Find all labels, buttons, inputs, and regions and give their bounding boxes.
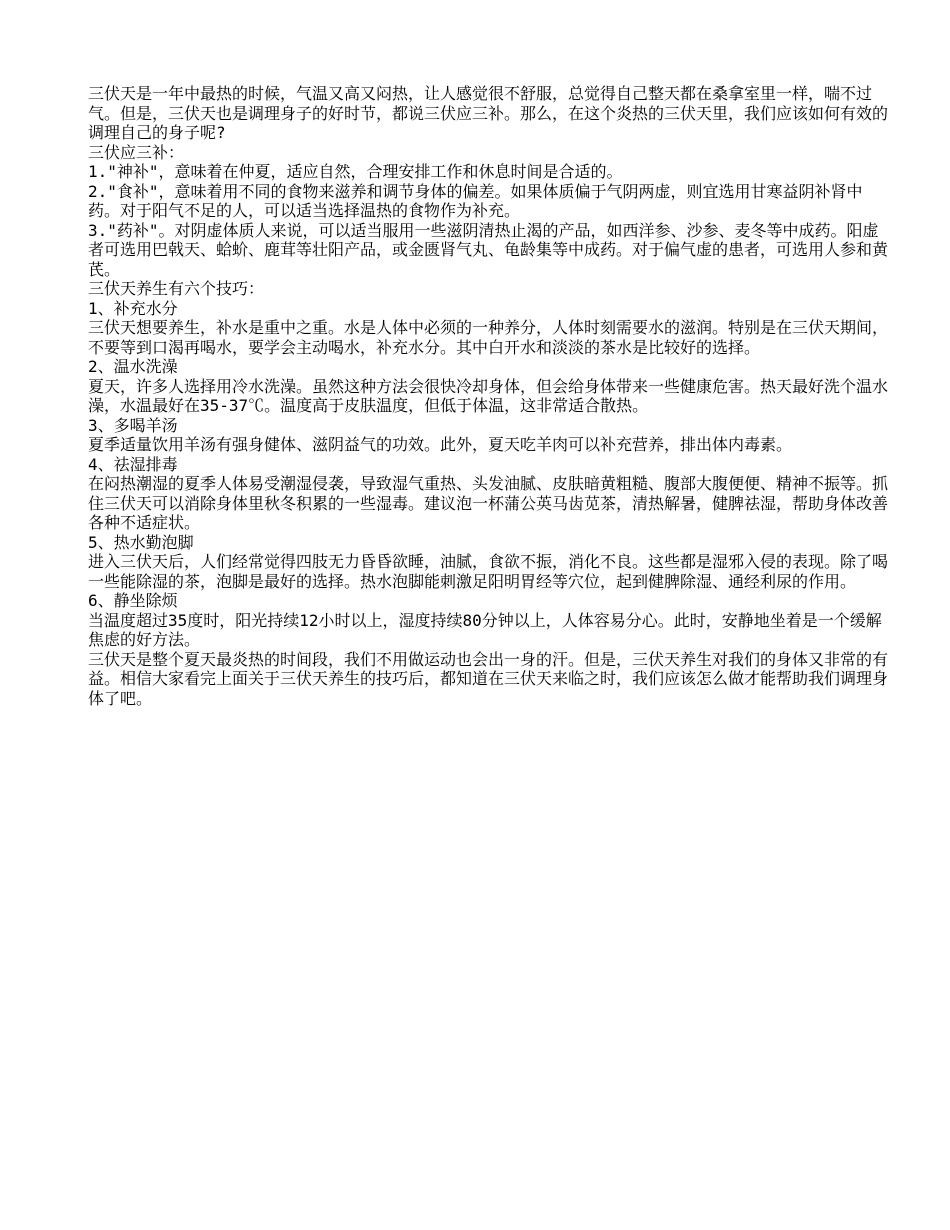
tip-1-title: 1、补充水分: [88, 299, 888, 319]
tonic-item-2: 2."食补"，意味着用不同的食物来滋养和调节身体的偏差。如果体质偏于气阴两虚，则…: [88, 182, 888, 221]
tip-5-title: 5、热水勤泡脚: [88, 533, 888, 553]
tip-3-title: 3、多喝羊汤: [88, 416, 888, 436]
six-tips-heading: 三伏天养生有六个技巧：: [88, 279, 888, 299]
document-page: { "page": { "background_color": "#ffffff…: [0, 0, 950, 1230]
conclusion-paragraph: 三伏天是整个夏天最炎热的时间段，我们不用做运动也会出一身的汗。但是，三伏天养生对…: [88, 650, 888, 709]
tip-6-title: 6、静坐除烦: [88, 591, 888, 611]
three-tonics-heading: 三伏应三补：: [88, 143, 888, 163]
tip-4-title: 4、祛湿排毒: [88, 455, 888, 475]
tip-2-title: 2、温水洗澡: [88, 357, 888, 377]
tip-5-body: 进入三伏天后，人们经常觉得四肢无力昏昏欲睡，油腻，食欲不振，消化不良。这些都是湿…: [88, 552, 888, 591]
intro-paragraph: 三伏天是一年中最热的时候，气温又高又闷热，让人感觉很不舒服，总觉得自己整天都在桑…: [88, 84, 888, 143]
tip-4-body: 在闷热潮湿的夏季人体易受潮湿侵袭，导致湿气重热、头发油腻、皮肤暗黄粗糙、腹部大腹…: [88, 474, 888, 533]
document-body: 三伏天是一年中最热的时候，气温又高又闷热，让人感觉很不舒服，总觉得自己整天都在桑…: [88, 84, 888, 708]
tip-6-body: 当温度超过35度时，阳光持续12小时以上，湿度持续80分钟以上，人体容易分心。此…: [88, 611, 888, 650]
tonic-item-1: 1."神补"，意味着在仲夏，适应自然，合理安排工作和休息时间是合适的。: [88, 162, 888, 182]
tip-2-body: 夏天，许多人选择用冷水洗澡。虽然这种方法会很快冷却身体，但会给身体带来一些健康危…: [88, 377, 888, 416]
tip-1-body: 三伏天想要养生，补水是重中之重。水是人体中必须的一种养分，人体时刻需要水的滋润。…: [88, 318, 888, 357]
tonic-item-3: 3."药补"。对阴虚体质人来说，可以适当服用一些滋阴清热止渴的产品，如西洋参、沙…: [88, 221, 888, 280]
tip-3-body: 夏季适量饮用羊汤有强身健体、滋阴益气的功效。此外，夏天吃羊肉可以补充营养，排出体…: [88, 435, 888, 455]
